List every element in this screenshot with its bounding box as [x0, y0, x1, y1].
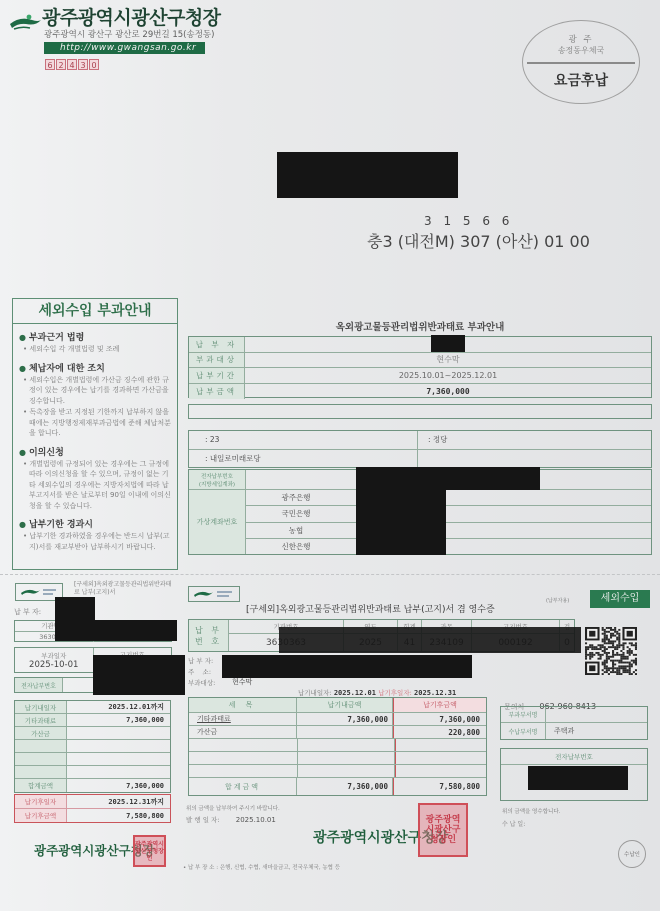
collecting-dept: 주택과	[546, 723, 647, 739]
guide-section: ●체납자에 대한 조치 • 세외수입은 개별법령에 가산금 징수에 관한 규정이…	[13, 361, 177, 439]
summary-value: 7,360,000	[245, 384, 651, 400]
receipt-target-label: 부과대상:	[188, 678, 215, 687]
delivery-routing-code: 충3 (대전M) 307 (아산) 01 00	[367, 229, 590, 252]
guide-heading: 체납자에 대한 조치	[29, 364, 105, 374]
amount-header: 세 목	[189, 698, 297, 712]
epay-label-line: (지방세입계좌)	[199, 480, 235, 488]
org-title: 광주광역시광산구청장	[42, 3, 221, 30]
stub-payer-redaction	[55, 597, 95, 620]
stub-amounts-box: 납기내일자 2025.12.01까지 기타과태료 7,360,000 가산금 합…	[14, 700, 171, 793]
amount-after: 220,800	[393, 726, 486, 738]
bank-row: 국민은행	[246, 506, 651, 522]
amount-item: 가산금	[189, 726, 297, 738]
amount-header: 납기내금액	[297, 698, 393, 712]
epay-label-line: 전자납부번호	[201, 472, 233, 480]
stub-row-label: 납기내일자	[15, 701, 67, 713]
imposing-dept	[546, 707, 647, 722]
guide-item: • 세외수입은 개별법령에 가산금 징수에 관한 규정이 있는 경우에는 납기를…	[19, 375, 171, 407]
details-row: : 23 : 정당	[189, 431, 651, 450]
receipt-epay-redaction	[528, 766, 628, 790]
guide-item: • 세외수입 각 개별법령 및 조례	[19, 344, 171, 355]
issue-date-line: 발 행 일 자: 2025.10.01	[186, 815, 276, 824]
guide-section: ●부과근거 법령 • 세외수입 각 개별법령 및 조례	[13, 330, 177, 355]
org-website: http://www.gwangsan.go.kr	[44, 42, 205, 54]
guide-item: • 개별법령에 규정되어 있는 경우에는 그 규정에 따라 이의신청을 할 수 …	[19, 459, 171, 512]
bank-name: 광주은행	[246, 490, 346, 505]
stub-codes-redaction	[55, 620, 177, 641]
amount-row: 가산금 220,800	[189, 726, 486, 739]
accounts-label-column: 전자납부번호 (지방세입계좌) 가상계좌번호	[189, 470, 246, 554]
receipt-epay-label: 전자납부번호	[501, 749, 647, 765]
guide-heading: 이의신청	[29, 448, 64, 458]
postage-divider	[527, 62, 635, 64]
payment-number-redaction	[279, 627, 581, 653]
after-due-date: 2025.12.31까지	[67, 795, 170, 808]
bullet-icon: ●	[19, 333, 26, 342]
amount-after: 7,360,000	[393, 713, 486, 725]
payment-places: • 납 부 장 소 : 은행, 신협, 수협, 새마을금고, 전국우체국, 농협…	[183, 863, 340, 871]
summary-row: 납부금액 7,360,000	[189, 384, 651, 400]
guide-item: • 독촉장을 받고 지정된 기한까지 납부하지 않을 때에는 지방행정제재부과금…	[19, 407, 171, 439]
due-date: 2025.12.01	[334, 689, 376, 697]
receipt-copy-label: (납부자용)	[546, 597, 569, 604]
receipt-payer-label: 납 부 자:	[188, 656, 213, 665]
summary-row: 납 부 자	[189, 337, 651, 353]
postage-region: 광 주	[523, 33, 639, 45]
amount-header-row: 세 목 납기내금액 납기후금액	[189, 698, 486, 713]
issue-date: 2025.10.01	[236, 816, 276, 824]
notice-blank-bar	[188, 404, 652, 419]
stub-epay-redaction	[93, 655, 185, 695]
receipt-amount-table: 세 목 납기내금액 납기후금액 기타과태료 7,360,000 7,360,00…	[188, 697, 487, 796]
postal-digit: 6	[45, 59, 55, 70]
notice-title: 옥외광고물등관리법위반과태료 부과안내	[188, 319, 652, 333]
receipt-payer-redaction	[222, 655, 472, 678]
amount-header: 납기후금액	[393, 698, 486, 712]
received-date-label: 수 납 일:	[502, 819, 525, 828]
non-tax-revenue-badge: 세외수입	[590, 590, 650, 608]
postal-digit: 2	[56, 59, 66, 70]
receipt-due-line: 납기내일자: 2025.12.01 납기후일자: 2025.12.31	[298, 688, 456, 697]
summary-label: 납부기간	[189, 368, 245, 383]
stub-total-label: 합계금액	[15, 779, 67, 792]
request-note: 위의 금액을 납부하여 주시기 바랍니다.	[186, 804, 280, 812]
postal-digit: 4	[67, 59, 77, 70]
postage-office: 송정동우체국	[523, 45, 639, 56]
bank-name: 농협	[246, 523, 346, 538]
bullet-icon: ●	[19, 520, 26, 529]
virtual-account-label: 가상계좌번호	[189, 490, 246, 554]
details-cell: : 23	[189, 431, 418, 449]
epay-number-redaction	[356, 467, 540, 490]
summary-label: 납부금액	[189, 384, 245, 400]
after-due-date: 2025.12.31	[414, 689, 456, 697]
notice-details-table: : 23 : 정당 : 내일로미래로당	[188, 430, 652, 468]
amount-before: 7,360,000	[297, 713, 393, 725]
amount-total-after: 7,580,800	[393, 778, 486, 795]
imposed-date: 2025-10-01	[29, 660, 78, 670]
official-seal: 광주광역시광산구청장인	[418, 803, 468, 857]
stub-epay-label: 전자납부번호	[15, 678, 63, 692]
qr-code-icon	[585, 627, 637, 675]
stub-after-due-box: 납기후일자 2025.12.31까지 납기후금액 7,580,800	[14, 794, 171, 823]
stub-title: [구세외]옥외광고물등관리법위반과태료 납부(고지)서	[74, 581, 174, 597]
amount-item: 기타과태료	[189, 713, 297, 725]
gwangsan-logo-icon	[8, 12, 42, 34]
payer-name-redaction	[431, 335, 465, 352]
issue-date-label: 발 행 일 자:	[186, 816, 220, 824]
details-cell: : 정당	[418, 431, 651, 449]
official-seal: 광주광역시광산구청장인	[133, 835, 166, 867]
bank-row: 농협	[246, 523, 651, 539]
after-due-date-label: 납기후일자	[15, 795, 67, 808]
recipient-postal-code: 3 1 5 6 6	[424, 214, 513, 228]
after-due-amount-label: 납기후금액	[15, 809, 67, 822]
amount-total-before: 7,360,000	[297, 778, 393, 795]
payment-number-label: 납 부 번 호	[189, 620, 229, 651]
postage-label: 요금후납	[523, 70, 639, 90]
stub-row-label: 가산금	[15, 727, 67, 739]
after-due-label: 납기후일자:	[378, 689, 412, 697]
summary-value: 2025.10.01~2025.12.01	[245, 368, 651, 383]
perforation-line	[0, 574, 660, 575]
postal-digit: 0	[89, 59, 99, 70]
qr-code	[585, 627, 637, 675]
stub-row-value: 2025.12.01까지	[67, 701, 170, 713]
summary-label: 부과대상	[189, 353, 245, 368]
amount-total-row: 합계금액 7,360,000 7,580,800	[189, 778, 486, 795]
department-box: 부과부서명 수납부서명 주택과	[500, 706, 648, 740]
guide-section: ●이의신청 • 개별법령에 규정되어 있는 경우에는 그 규정에 따라 이의신청…	[13, 445, 177, 512]
imposing-dept-label: 부과부서명	[501, 707, 546, 722]
summary-row: 부과대상 현수막	[189, 353, 651, 369]
guide-heading: 부과근거 법령	[29, 333, 84, 343]
postage-paid-stamp: 광 주 송정동우체국 요금후납	[522, 20, 640, 104]
receipt-target: 현수막	[232, 677, 252, 687]
receipt-address-label: 주 소:	[188, 667, 211, 676]
recipient-address-redaction	[277, 152, 458, 198]
notice-summary-table: 납 부 자 부과대상 현수막 납부기간 2025.10.01~2025.12.0…	[188, 336, 652, 398]
bank-row: 신한은행	[246, 539, 651, 554]
sender-postal-code: 6 2 4 3 0	[45, 59, 99, 70]
amount-total-label: 합계금액	[189, 778, 297, 795]
stub-row-label: 기타과태료	[15, 714, 67, 726]
guide-section: ●납부기한 경과시 • 납부기한 경과하였을 경우에는 반드시 납부(고지)서를…	[13, 517, 177, 552]
guide-heading: 납부기한 경과시	[29, 520, 93, 530]
summary-label: 납 부 자	[189, 337, 245, 352]
teller-stamp: 수납인	[618, 840, 646, 868]
stub-row-value	[67, 727, 170, 739]
bank-name: 신한은행	[246, 539, 346, 554]
bank-accounts-redaction	[356, 488, 446, 555]
details-row: : 내일로미래로당	[189, 450, 651, 469]
non-tax-revenue-guide: 세외수입 부과안내 ●부과근거 법령 • 세외수입 각 개별법령 및 조례 ●체…	[12, 298, 178, 570]
postal-digit: 3	[78, 59, 88, 70]
amount-row: 기타과태료 7,360,000 7,360,000	[189, 713, 486, 726]
bank-row: 광주은행	[246, 490, 651, 506]
receipt-logo	[188, 586, 240, 602]
summary-value: 현수막	[245, 353, 651, 368]
stub-row-value: 7,360,000	[67, 714, 170, 726]
summary-row: 납부기간 2025.10.01~2025.12.01	[189, 368, 651, 384]
bank-name: 국민은행	[246, 506, 346, 521]
collecting-dept-label: 수납부서명	[501, 723, 546, 739]
guide-item: • 납부기한 경과하였을 경우에는 반드시 납부(고지)서를 재교부받아 납부하…	[19, 531, 171, 552]
epay-label: 전자납부번호 (지방세입계좌)	[189, 470, 246, 490]
receipt-title: [구세외]옥외광고물등관리법위반과태료 납부(고지)서 겸 영수증	[246, 602, 495, 615]
gwangsan-logo-icon	[192, 588, 236, 600]
due-label: 납기내일자:	[298, 689, 332, 697]
bullet-icon: ●	[19, 364, 26, 373]
details-cell	[418, 450, 651, 469]
guide-title: 세외수입 부과안내	[13, 299, 177, 324]
org-address: 광주광역시 광산구 광산로 29번길 15(송정동)	[44, 28, 214, 40]
after-due-amount: 7,580,800	[67, 809, 170, 822]
bullet-icon: ●	[19, 448, 26, 457]
stub-payer-label: 납 부 자:	[14, 607, 41, 617]
received-note: 위의 금액을 영수합니다.	[502, 807, 560, 815]
stub-total: 7,360,000	[67, 779, 170, 792]
details-cell: : 내일로미래로당	[189, 450, 418, 469]
amount-before	[297, 726, 393, 738]
gwangsan-logo-icon	[19, 586, 59, 598]
imposed-date-label: 부과일자	[41, 651, 66, 660]
